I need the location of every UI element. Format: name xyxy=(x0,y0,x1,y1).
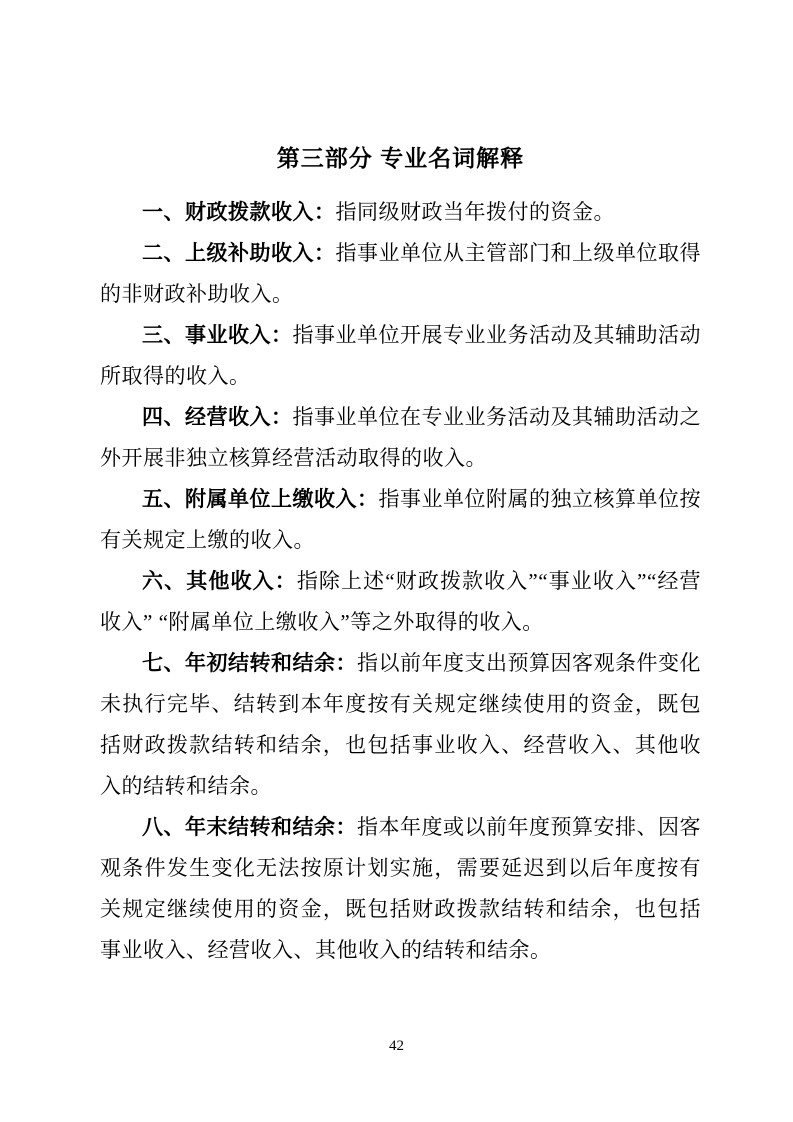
term-paragraph-8: 八、年末结转和结余：指本年度或以前年度预算安排、因客观条件发生变化无法按原计划实… xyxy=(100,807,701,971)
term-paragraph-1: 一、财政拨款收入：指同级财政当年拨付的资金。 xyxy=(100,192,701,233)
page-title: 第三部分 专业名词解释 xyxy=(100,143,701,173)
term-label-7: 七、年初结转和结余： xyxy=(142,651,357,675)
term-paragraph-4: 四、经营收入：指事业单位在专业业务活动及其辅助活动之外开展非独立核算经营活动取得… xyxy=(100,397,701,479)
term-paragraph-6: 六、其他收入：指除上述“财政拨款收入”“事业收入”“经营收入” “附属单位上缴收… xyxy=(100,561,701,643)
page-number: 42 xyxy=(0,1036,793,1056)
term-label-2: 二、上级补助收入： xyxy=(142,241,336,265)
term-paragraph-2: 二、上级补助收入：指事业单位从主管部门和上级单位取得的非财政补助收入。 xyxy=(100,233,701,315)
document-page: 第三部分 专业名词解释 一、财政拨款收入：指同级财政当年拨付的资金。 二、上级补… xyxy=(0,0,793,1122)
term-paragraph-5: 五、附属单位上缴收入：指事业单位附属的独立核算单位按有关规定上缴的收入。 xyxy=(100,479,701,561)
term-label-1: 一、财政拨款收入： xyxy=(142,200,336,224)
term-paragraph-7: 七、年初结转和结余：指以前年度支出预算因客观条件变化未执行完毕、结转到本年度按有… xyxy=(100,643,701,807)
term-label-8: 八、年末结转和结余： xyxy=(142,815,357,839)
term-label-5: 五、附属单位上缴收入： xyxy=(142,487,379,511)
document-content: 第三部分 专业名词解释 一、财政拨款收入：指同级财政当年拨付的资金。 二、上级补… xyxy=(100,143,701,971)
term-paragraph-3: 三、事业收入：指事业单位开展专业业务活动及其辅助活动所取得的收入。 xyxy=(100,315,701,397)
term-label-6: 六、其他收入： xyxy=(142,569,297,593)
term-label-4: 四、经营收入： xyxy=(142,405,293,429)
term-definition-1: 指同级财政当年拨付的资金。 xyxy=(336,200,616,224)
term-label-3: 三、事业收入： xyxy=(142,323,293,347)
